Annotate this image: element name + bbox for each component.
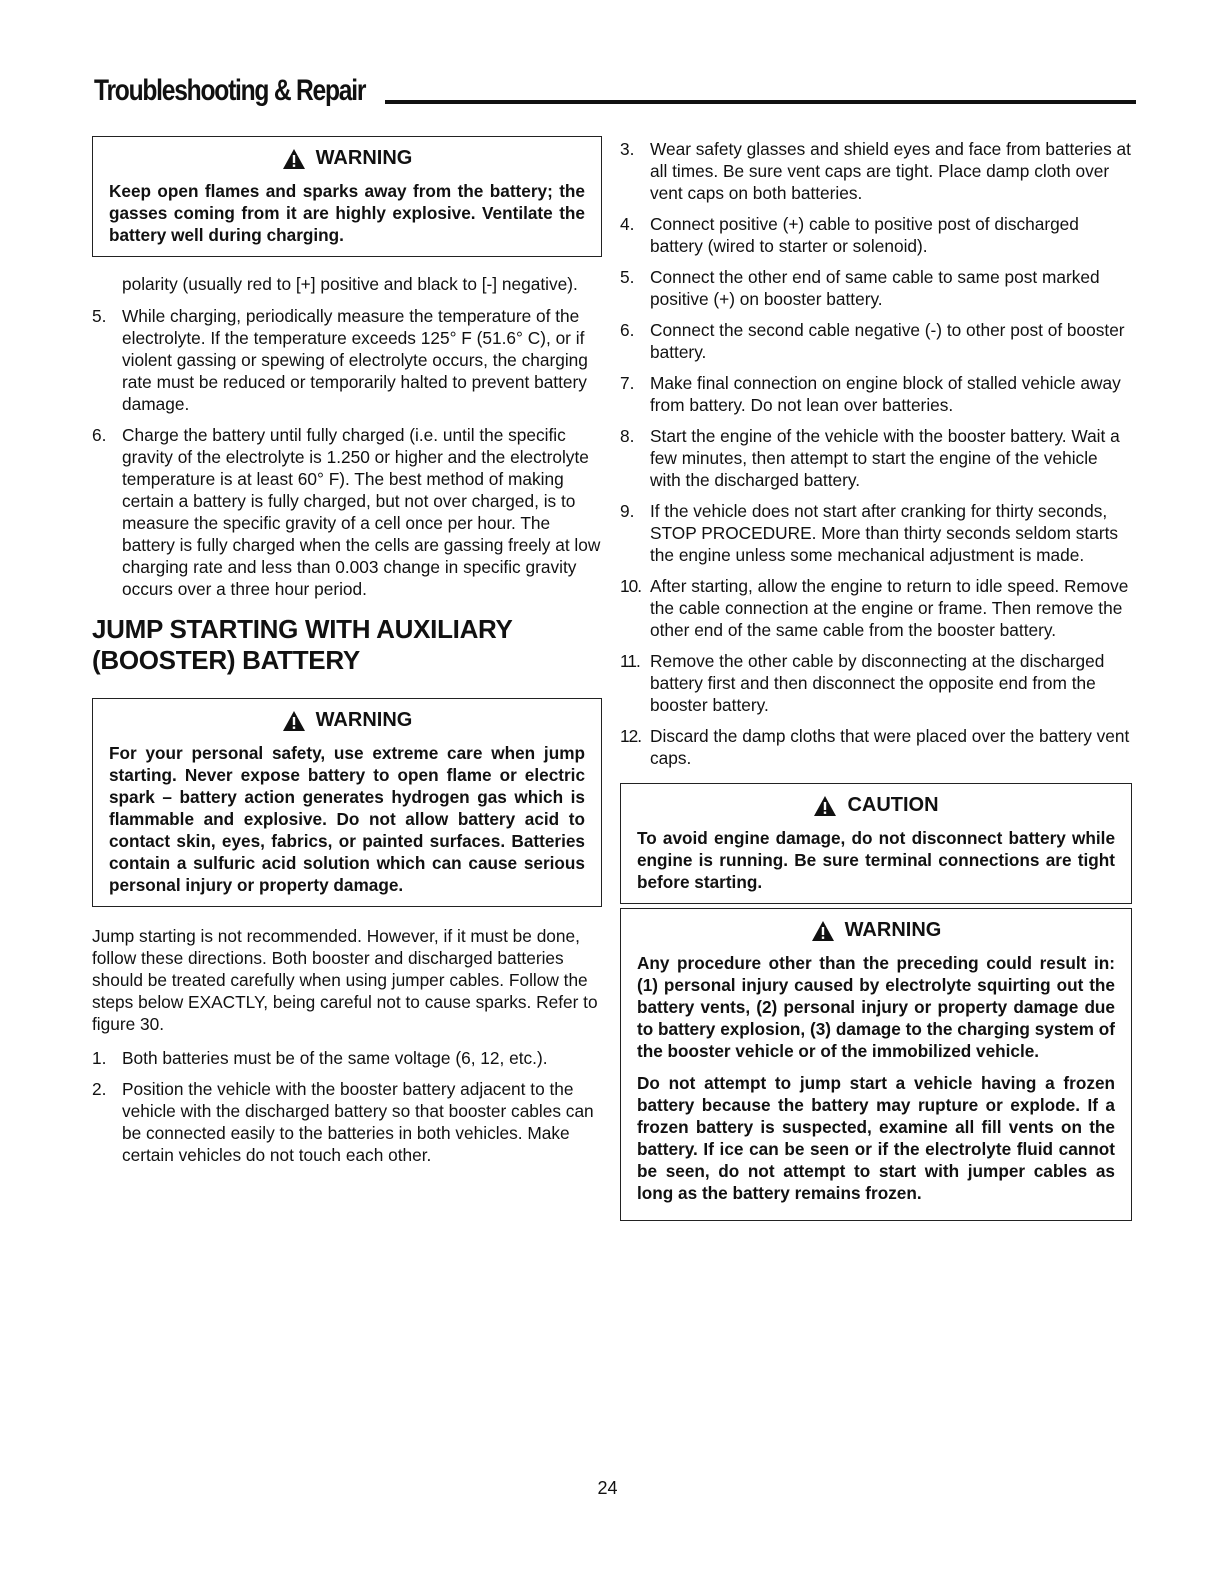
list-item: 3. Wear safety glasses and shield eyes a… xyxy=(620,138,1132,204)
caution-label: CAUTION xyxy=(847,794,938,817)
list-item: 11. Remove the other cable by disconnect… xyxy=(620,650,1132,716)
warning-triangle-icon xyxy=(813,795,837,817)
warning-text: For your personal safety, use extreme ca… xyxy=(109,742,585,896)
step-text: Both batteries must be of the same volta… xyxy=(122,1047,602,1069)
step-number: 12. xyxy=(620,725,650,769)
step-number: 5. xyxy=(620,266,650,310)
step-number: 11. xyxy=(620,650,650,716)
caution-box: CAUTION To avoid engine damage, do not d… xyxy=(620,783,1132,904)
step-number: 6. xyxy=(92,424,122,600)
continuation-text: polarity (usually red to [+] positive an… xyxy=(92,273,602,295)
list-item: 6. Charge the battery until fully charge… xyxy=(92,424,602,600)
caution-text: To avoid engine damage, do not disconnec… xyxy=(637,827,1115,893)
warning-label: WARNING xyxy=(316,709,413,732)
warning-triangle-icon xyxy=(282,710,306,732)
step-number: 10. xyxy=(620,575,650,641)
warning-label: WARNING xyxy=(845,919,942,942)
page-header: Troubleshooting & Repair xyxy=(94,66,1136,106)
step-text: Connect the second cable negative (-) to… xyxy=(650,319,1132,363)
step-text: Connect positive (+) cable to positive p… xyxy=(650,213,1132,257)
warning-box-other-procedure: WARNING Any procedure other than the pre… xyxy=(620,908,1132,1221)
step-number: 3. xyxy=(620,138,650,204)
step-number: 7. xyxy=(620,372,650,416)
step-number: 2. xyxy=(92,1078,122,1166)
warning-text: Keep open flames and sparks away from th… xyxy=(109,180,585,246)
warning-triangle-icon xyxy=(282,148,306,170)
warning-box-jump-safety: WARNING For your personal safety, use ex… xyxy=(92,698,602,907)
list-item: 2. Position the vehicle with the booster… xyxy=(92,1078,602,1166)
intro-paragraph: Jump starting is not recommended. Howeve… xyxy=(92,925,602,1035)
step-text: Make final connection on engine block of… xyxy=(650,372,1132,416)
warning-heading: WARNING xyxy=(637,919,1115,942)
list-item: 5. While charging, periodically measure … xyxy=(92,305,602,415)
left-column: WARNING Keep open flames and sparks away… xyxy=(92,136,602,1175)
warning-text: Do not attempt to jump start a vehicle h… xyxy=(637,1072,1115,1204)
list-item: 6. Connect the second cable negative (-)… xyxy=(620,319,1132,363)
page-title: Troubleshooting & Repair xyxy=(94,76,365,106)
page-number: 24 xyxy=(0,1478,1215,1499)
step-number: 4. xyxy=(620,213,650,257)
list-item: 4. Connect positive (+) cable to positiv… xyxy=(620,213,1132,257)
step-number: 6. xyxy=(620,319,650,363)
step-text: Discard the damp cloths that were placed… xyxy=(650,725,1132,769)
warning-label: WARNING xyxy=(316,147,413,170)
step-number: 9. xyxy=(620,500,650,566)
step-number: 1. xyxy=(92,1047,122,1069)
step-number: 5. xyxy=(92,305,122,415)
step-text: Charge the battery until fully charged (… xyxy=(122,424,602,600)
list-item: 7. Make final connection on engine block… xyxy=(620,372,1132,416)
warning-box-flames: WARNING Keep open flames and sparks away… xyxy=(92,136,602,257)
warning-triangle-icon xyxy=(811,920,835,942)
step-text: Position the vehicle with the booster ba… xyxy=(122,1078,602,1166)
step-text: After starting, allow the engine to retu… xyxy=(650,575,1132,641)
caution-heading: CAUTION xyxy=(637,794,1115,817)
list-item: 10. After starting, allow the engine to … xyxy=(620,575,1132,641)
list-item: 8. Start the engine of the vehicle with … xyxy=(620,425,1132,491)
step-text: Start the engine of the vehicle with the… xyxy=(650,425,1132,491)
step-text: Connect the other end of same cable to s… xyxy=(650,266,1132,310)
list-item: 5. Connect the other end of same cable t… xyxy=(620,266,1132,310)
step-text: Remove the other cable by disconnecting … xyxy=(650,650,1132,716)
step-number: 8. xyxy=(620,425,650,491)
list-item: 9. If the vehicle does not start after c… xyxy=(620,500,1132,566)
section-heading: JUMP STARTING WITH AUXILIARY (BOOSTER) B… xyxy=(92,614,602,676)
list-item: 1. Both batteries must be of the same vo… xyxy=(92,1047,602,1069)
warning-heading: WARNING xyxy=(109,147,585,170)
right-column: 3. Wear safety glasses and shield eyes a… xyxy=(620,138,1132,1221)
step-text: If the vehicle does not start after cran… xyxy=(650,500,1132,566)
warning-text: Any procedure other than the preceding c… xyxy=(637,952,1115,1062)
step-text: Wear safety glasses and shield eyes and … xyxy=(650,138,1132,204)
warning-heading: WARNING xyxy=(109,709,585,732)
header-rule xyxy=(385,100,1136,104)
step-text: While charging, periodically measure the… xyxy=(122,305,602,415)
list-item: 12. Discard the damp cloths that were pl… xyxy=(620,725,1132,769)
